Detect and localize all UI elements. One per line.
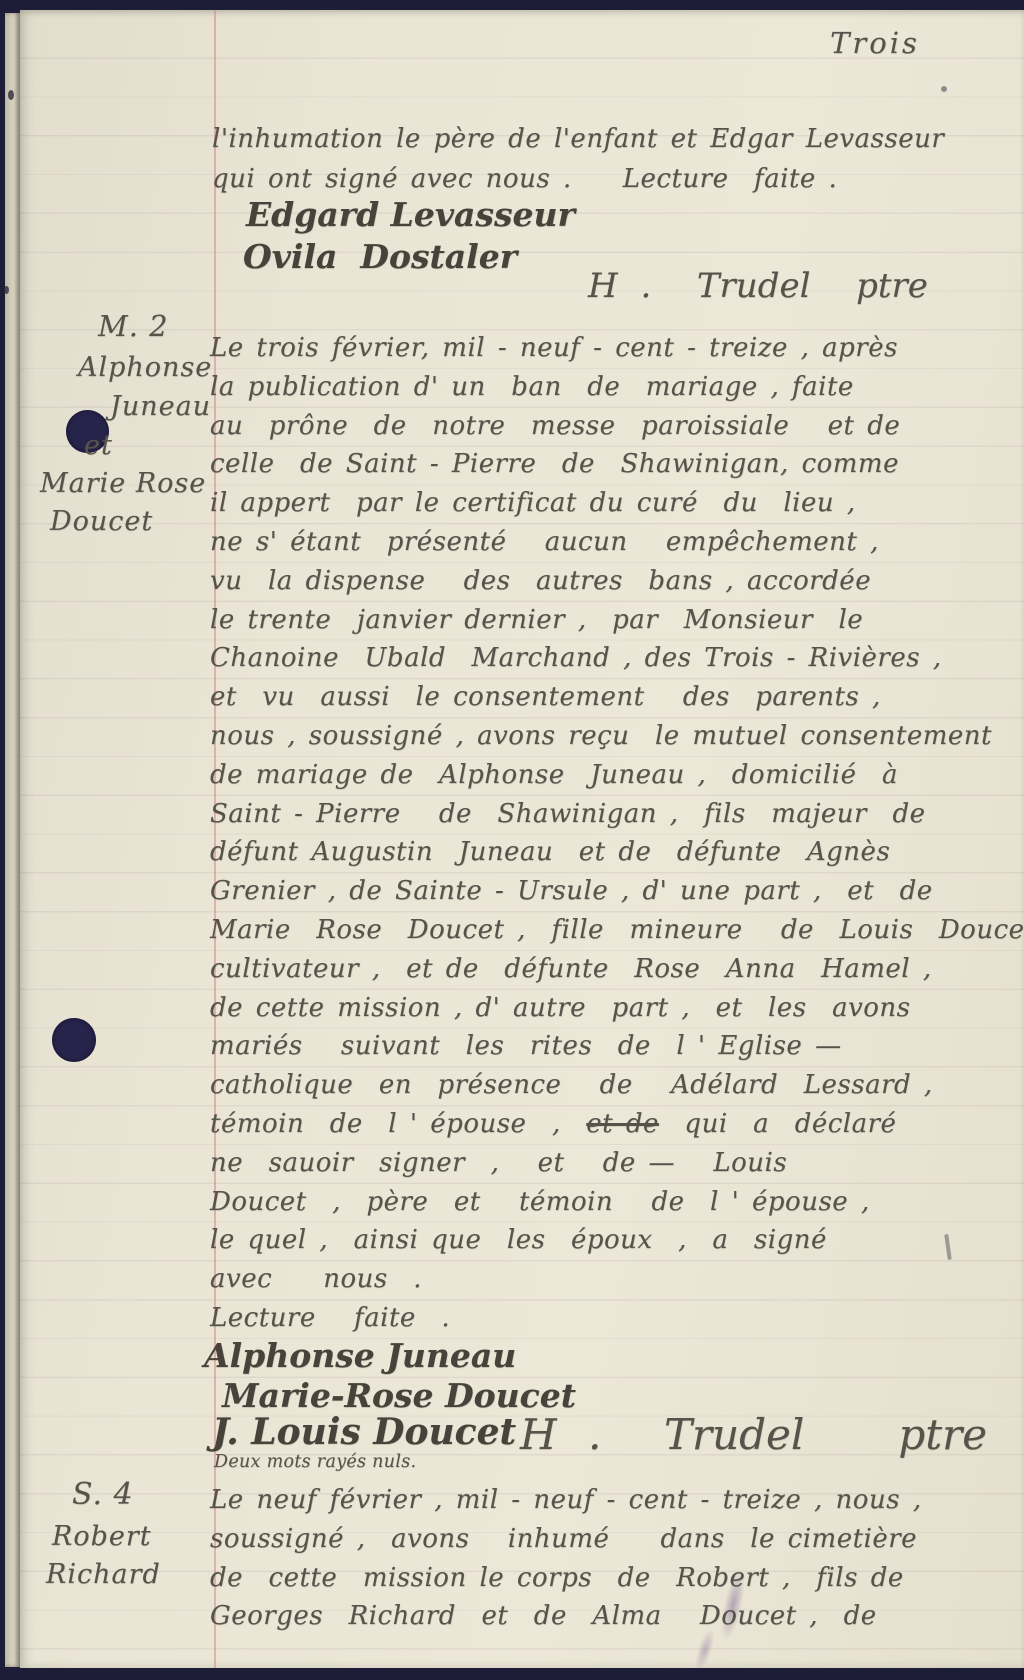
act-m2-margin-name: Juneau <box>110 391 211 422</box>
act-s4-line: Georges Richard et de Alma Doucet , de <box>210 1597 1024 1636</box>
struck-words-marginal-note: Deux mots rayés nuls. <box>214 1452 416 1472</box>
act-m2-margin-code: M. 2 <box>98 309 169 343</box>
signature-alphonse-juneau: Alphonse Juneau <box>204 1336 516 1375</box>
act-m2-margin-name: et <box>84 430 113 461</box>
act-m2-margin-name: Doucet <box>50 506 153 537</box>
act-m2-line: catholique en présence de Adélard Lessar… <box>210 1066 1024 1105</box>
scanned-register-page: { "page": { "number_label": "Trois" }, "… <box>0 0 1024 1680</box>
act-m2-line: avec nous . <box>210 1260 1024 1299</box>
paper-speck <box>941 86 947 92</box>
act-s4-margin-code: S. 4 <box>72 1477 134 1512</box>
act-m2-line: le quel , ainsi que les époux , a signé <box>210 1221 1024 1260</box>
act-s4-body: Le neuf février , mil - neuf - cent - tr… <box>210 1481 1024 1636</box>
act-s4-line: de cette mission le corps de Robert , fi… <box>210 1559 1024 1598</box>
paper-speck <box>4 286 9 294</box>
act-m2-line: de mariage de Alphonse Juneau , domicili… <box>210 756 1024 795</box>
act-m2-line: défunt Augustin Juneau et de défunte Agn… <box>210 833 1024 872</box>
act-m2-line: ne s' étant présenté aucun empêchement , <box>210 523 1024 562</box>
act-m2-line: Le trois février, mil - neuf - cent - tr… <box>210 329 1024 368</box>
act-m2-margin-name: Marie Rose <box>40 468 206 499</box>
act-m2-line: Grenier , de Sainte - Ursule , d' une pa… <box>210 872 1024 911</box>
act-m2-line: Marie Rose Doucet , fille mineure de Lou… <box>210 911 1024 950</box>
act-m2-line: ne sauoir signer , et de — Louis <box>210 1144 1024 1183</box>
act-m2-line: Doucet , père et témoin de l ' épouse , <box>210 1183 1024 1222</box>
act-m2-line: la publication d' un ban de mariage , fa… <box>210 368 1024 407</box>
paper-speck <box>8 90 14 100</box>
punch-hole-bottom <box>52 1018 96 1062</box>
act-m2-line-with-strikeout: témoin de l ' épouse , et de qui a décla… <box>210 1105 1024 1144</box>
prev-act-line: l'inhumation le père de l'enfant et Edga… <box>212 124 944 154</box>
act-m2-line: il appert par le certificat du curé du l… <box>210 484 1024 523</box>
signature-ovila-dostaler: Ovila Dostaler <box>243 237 517 276</box>
strike-post-text: qui a déclaré <box>659 1109 897 1139</box>
act-m2-line: Chanoine Ubald Marchand , des Trois - Ri… <box>210 639 1024 678</box>
act-s4-margin-name: Robert <box>52 1521 152 1552</box>
struck-out-words: et de <box>586 1109 659 1139</box>
act-m2-line: mariés suivant les rites de l ' Eglise — <box>210 1027 1024 1066</box>
act-m2-line: vu la dispense des autres bans , accordé… <box>210 562 1024 601</box>
act-s4-line: soussigné , avons inhumé dans le cimetiè… <box>210 1520 1024 1559</box>
act-m2-line: et vu aussi le consentement des parents … <box>210 678 1024 717</box>
act-m2-body: Le trois février, mil - neuf - cent - tr… <box>210 329 1024 1338</box>
act-m2-line: celle de Saint - Pierre de Shawinigan, c… <box>210 445 1024 484</box>
signature-edgard-levasseur: Edgard Levasseur <box>246 195 575 234</box>
act-m2-line: cultivateur , et de défunte Rose Anna Ha… <box>210 950 1024 989</box>
underlying-page-edge <box>5 13 20 1667</box>
signature-officiant: H . Trudel ptre <box>520 1410 987 1459</box>
act-m2-line: le trente janvier dernier , par Monsieur… <box>210 601 1024 640</box>
strike-pre-text: témoin de l ' épouse , <box>210 1109 586 1139</box>
prev-act-line: qui ont signé avec nous . Lecture faite … <box>212 164 837 194</box>
signature-j-louis-doucet: J. Louis Doucet <box>212 1411 516 1453</box>
folio-number: Trois <box>795 26 955 60</box>
act-m2-line: de cette mission , d' autre part , et le… <box>210 989 1024 1028</box>
act-m2-line: Saint - Pierre de Shawinigan , fils maje… <box>210 795 1024 834</box>
act-s4-line: Le neuf février , mil - neuf - cent - tr… <box>210 1481 1024 1520</box>
signature-officiant: H . Trudel ptre <box>588 266 928 306</box>
act-m2-line: au prône de notre messe paroissiale et d… <box>210 407 1024 446</box>
act-m2-line: nous , soussigné , avons reçu le mutuel … <box>210 717 1024 756</box>
act-m2-margin-name: Alphonse <box>78 352 212 383</box>
act-s4-margin-name: Richard <box>46 1559 161 1590</box>
act-m2-line: Lecture faite . <box>210 1299 1024 1338</box>
